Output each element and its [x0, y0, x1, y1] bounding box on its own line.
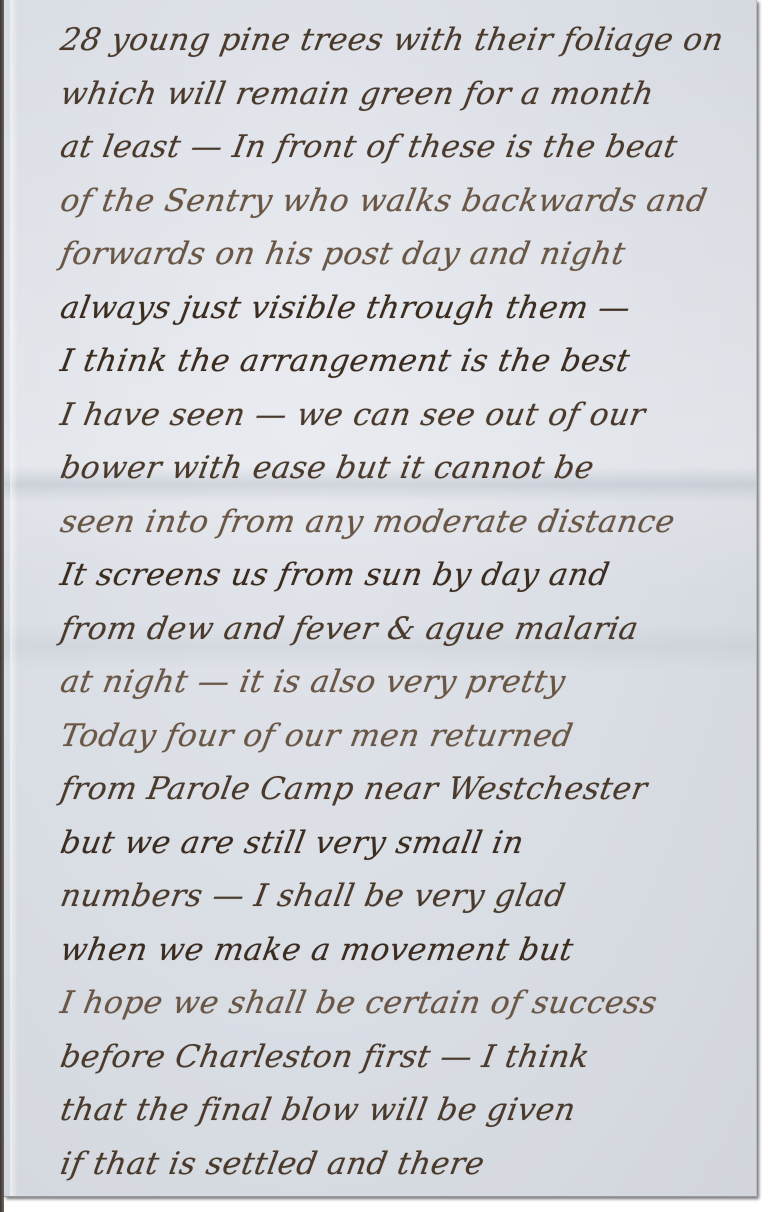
handwritten-line-9: bower with ease but it cannot be [56, 442, 765, 496]
handwritten-text-block: 28 young pine trees with their foliage o… [56, 14, 756, 1191]
handwritten-line-17: numbers — I shall be very glad [56, 870, 765, 924]
handwritten-line-21: that the final blow will be given [56, 1084, 765, 1138]
handwritten-line-8: I have seen — we can see out of our [56, 389, 765, 443]
handwritten-line-4: of the Sentry who walks backwards and [56, 175, 765, 229]
handwritten-line-18: when we make a movement but [56, 924, 765, 978]
handwritten-line-12: from dew and fever & ague malaria [56, 603, 765, 657]
handwritten-line-11: It screens us from sun by day and [56, 549, 765, 603]
handwritten-line-1: 28 young pine trees with their foliage o… [56, 14, 765, 68]
letter-paper: 28 young pine trees with their foliage o… [4, 0, 757, 1197]
handwritten-line-15: from Parole Camp near Westchester [56, 763, 765, 817]
handwritten-line-19: I hope we shall be certain of success [56, 977, 765, 1031]
handwritten-line-16: but we are still very small in [56, 817, 765, 871]
handwritten-line-20: before Charleston first — I think [56, 1031, 765, 1085]
scan-frame: 28 young pine trees with their foliage o… [0, 0, 768, 1212]
handwritten-line-3: at least — In front of these is the beat [56, 121, 765, 175]
handwritten-line-10: seen into from any moderate distance [56, 496, 765, 550]
handwritten-line-14: Today four of our men returned [56, 710, 765, 764]
paper-fold-edge [10, 0, 18, 1196]
handwritten-line-22: if that is settled and there [56, 1138, 765, 1192]
handwritten-line-13: at night — it is also very pretty [56, 656, 765, 710]
handwritten-line-2: which will remain green for a month [56, 68, 765, 122]
handwritten-line-7: I think the arrangement is the best [56, 335, 765, 389]
handwritten-line-5: forwards on his post day and night [56, 228, 765, 282]
handwritten-line-6: always just visible through them — [56, 282, 765, 336]
